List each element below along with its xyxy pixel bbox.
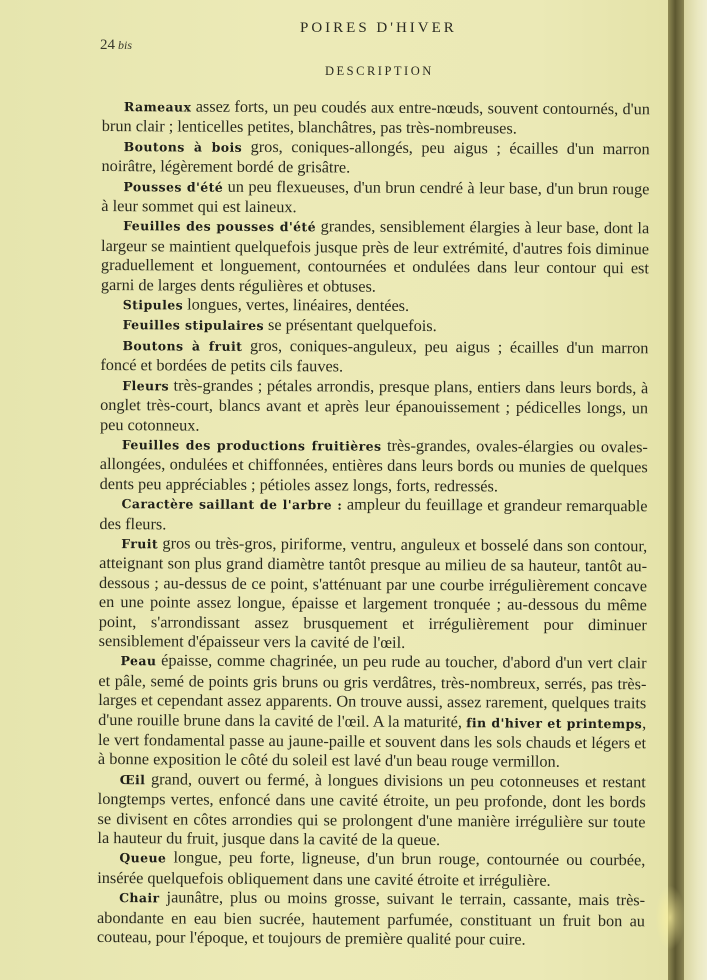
paragraph-queue: Queue longue, peu forte, ligneuse, d'un … — [97, 847, 645, 890]
paragraph-text: se présentant quelquefois. — [264, 315, 437, 335]
paragraph-oeil: Œil grand, ouvert ou fermé, à longues di… — [97, 769, 645, 851]
paragraph-fleurs: Fleurs très-grandes ; pétales arrondis, … — [100, 375, 648, 438]
term: Pousses d'été — [123, 179, 223, 195]
paragraph-boutons-a-bois: Boutons à bois gros, coniques-allongés, … — [102, 136, 650, 179]
term: Queue — [119, 851, 166, 866]
term: Fleurs — [122, 378, 169, 393]
paragraph-text: jaunâtre, plus ou moins grosse, suivant … — [97, 888, 645, 949]
term: Boutons à fruit — [122, 338, 242, 354]
term: Boutons à bois — [124, 139, 243, 155]
term: Fruit — [121, 536, 158, 551]
paragraph-text: très-grandes ; pétales arrondis, presque… — [100, 375, 648, 434]
paragraph-peau: Peau épaisse, comme chagrinée, un peu ru… — [98, 650, 647, 772]
page-number: 24bis — [100, 37, 132, 54]
term: Feuilles des pousses d'été — [123, 219, 316, 235]
term: Stipules — [123, 297, 183, 312]
paragraph-caractere: Caractère saillant de l'arbre : ampleur … — [99, 493, 647, 536]
paragraph-rameaux: Rameaux assez forts, un peu coudés aux e… — [102, 96, 650, 139]
description-body: Rameaux assez forts, un peu coudés aux e… — [97, 96, 650, 950]
term: Feuilles des productions fruitières — [122, 437, 382, 454]
running-title: POIRES D'HIVER — [300, 20, 457, 37]
paragraph-text: longue, peu forte, ligneuse, d'un brun r… — [97, 848, 645, 890]
term: Feuilles stipulaires — [123, 318, 264, 334]
book-page: POIRES D'HIVER 24bis DESCRIPTION Rameaux… — [0, 0, 672, 980]
page-number-suffix: bis — [118, 38, 132, 52]
paragraph-feuilles-productions: Feuilles des productions fruitières très… — [100, 434, 648, 497]
paragraph-chair: Chair jaunâtre, plus ou moins grosse, su… — [97, 887, 645, 950]
term: Rameaux — [124, 99, 191, 114]
adjacent-page-edge — [684, 0, 707, 980]
paragraph-fruit: Fruit gros ou très-gros, piriforme, vent… — [99, 533, 648, 654]
paragraph-text: grand, ouvert ou fermé, à longues divisi… — [97, 769, 645, 849]
term: Peau — [121, 653, 157, 668]
paragraph-boutons-a-fruit: Boutons à fruit gros, coniques-anguleux,… — [100, 335, 648, 378]
section-title: DESCRIPTION — [325, 64, 434, 79]
term: Chair — [119, 890, 160, 905]
paragraph-feuilles-pousses: Feuilles des pousses d'été grandes, sens… — [101, 215, 649, 297]
paragraph-pousses-d-ete: Pousses d'été un peu flexueuses, d'un br… — [101, 176, 649, 219]
term-season: fin d'hiver et printemps — [466, 715, 642, 731]
page-number-value: 24 — [100, 37, 115, 53]
book-spine-shadow — [668, 0, 684, 980]
paragraph-text: gros ou très-gros, piriforme, ventru, an… — [99, 533, 648, 652]
paragraph-text: longues, vertes, linéaires, dentées. — [183, 295, 409, 315]
term: Œil — [120, 772, 146, 787]
light-glare — [655, 885, 685, 950]
term: Caractère saillant de l'arbre : — [121, 496, 342, 512]
